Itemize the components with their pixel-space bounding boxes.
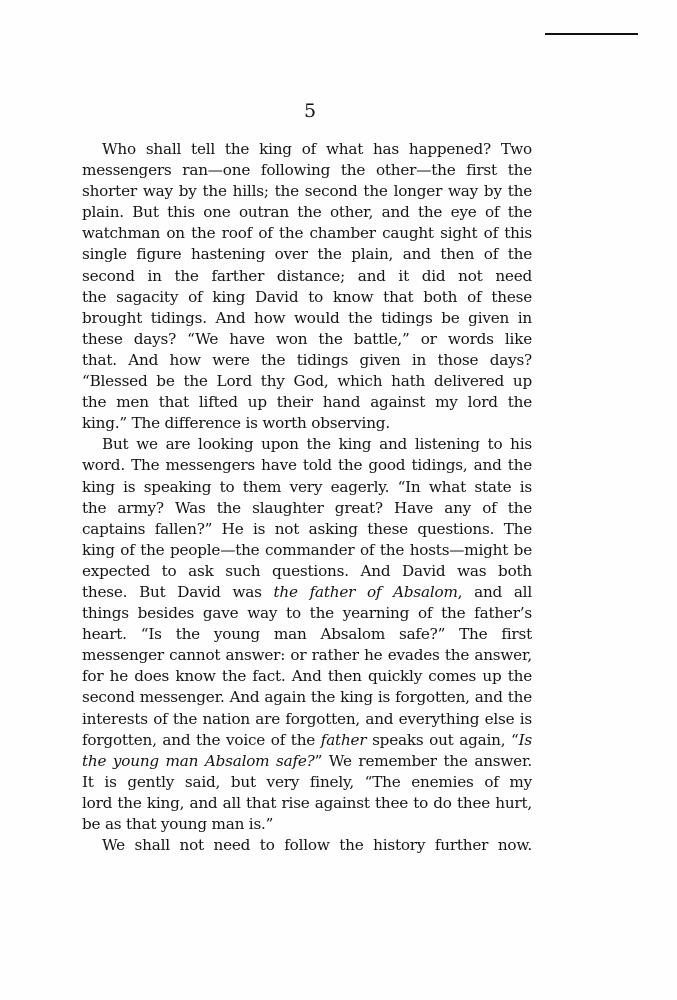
text-line: watchman on the roof of the chamber caug… — [82, 223, 532, 244]
text-line: the sagacity of king David to know that … — [82, 287, 532, 308]
text-line: “Blessed be the Lord thy God, which hath… — [82, 371, 532, 392]
text-line: expected to ask such questions. And Davi… — [82, 561, 532, 582]
italic-span: the father of Absalom — [274, 583, 458, 601]
text-line: king of the people—the commander of the … — [82, 540, 532, 561]
text-line: plain. But this one outran the other, an… — [82, 202, 532, 223]
text-line: lord the king, and all that rise against… — [82, 793, 532, 814]
text-line: that. And how were the tidings given in … — [82, 350, 532, 371]
text-line: things besides gave way to the yearning … — [82, 603, 532, 624]
text-line: these. But David was the father of Absal… — [82, 582, 532, 603]
italic-span: Is — [519, 731, 532, 749]
text-line: for he does know the fact. And then quic… — [82, 666, 532, 687]
text-line: brought tidings. And how would the tidin… — [82, 308, 532, 329]
text-line: It is gently said, but very finely, “The… — [82, 772, 532, 793]
text-span: these. But David was — [82, 583, 274, 601]
text-line: captains fallen?” He is not asking these… — [82, 519, 532, 540]
text-line: But we are looking upon the king and lis… — [82, 434, 532, 455]
text-line: second in the farther distance; and it d… — [82, 266, 532, 287]
text-line: single figure hastening over the plain, … — [82, 244, 532, 265]
text-span: forgotten, and the voice of the — [82, 731, 321, 749]
italic-span: father — [321, 731, 367, 749]
text-line: word. The messengers have told the good … — [82, 455, 532, 476]
text-line: the army? Was the slaughter great? Have … — [82, 498, 532, 519]
text-line: We shall not need to follow the history … — [82, 835, 532, 856]
text-span: ” We remember the answer. — [315, 752, 532, 770]
text-line: heart. “Is the young man Absalom safe?” … — [82, 624, 532, 645]
text-line: Who shall tell the king of what has happ… — [82, 139, 532, 160]
page-number: 5 — [0, 100, 620, 122]
text-line: interests of the nation are forgotten, a… — [82, 709, 532, 730]
text-line: king is speaking to them very eagerly. “… — [82, 477, 532, 498]
text-line: messenger cannot answer: or rather he ev… — [82, 645, 532, 666]
text-line: be as that young man is.” — [82, 814, 532, 835]
body-text: Who shall tell the king of what has happ… — [82, 139, 532, 856]
text-span: , and all — [458, 583, 532, 601]
text-line: second messenger. And again the king is … — [82, 687, 532, 708]
text-line: king.” The difference is worth observing… — [82, 413, 532, 434]
text-line: forgotten, and the voice of the father s… — [82, 730, 532, 751]
text-line: shorter way by the hills; the second the… — [82, 181, 532, 202]
text-line: the men that lifted up their hand agains… — [82, 392, 532, 413]
text-line: messengers ran—one following the other—t… — [82, 160, 532, 181]
italic-span: the young man Absalom safe? — [82, 752, 315, 770]
header-rule — [545, 33, 638, 35]
text-span: speaks out again, “ — [366, 731, 518, 749]
text-line: the young man Absalom safe?” We remember… — [82, 751, 532, 772]
text-line: these days? “We have won the battle,” or… — [82, 329, 532, 350]
